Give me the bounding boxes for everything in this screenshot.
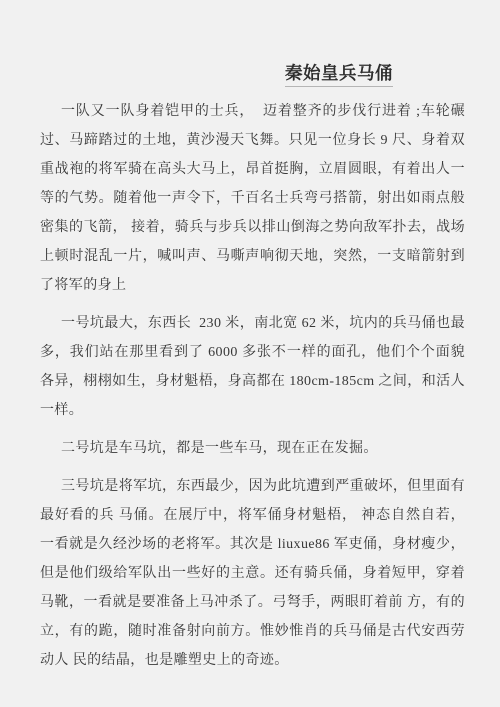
document-title: 秦始皇兵马俑: [285, 62, 393, 87]
document-body: 一队又一队身着铠甲的士兵， 迈着整齐的步伐行进着 ;车轮碾过、马蹄踏过的土地，黄…: [0, 88, 500, 675]
title-row: 秦始皇兵马俑: [0, 0, 500, 88]
paragraph-pit-two: 二号坑是车马坑，都是一些车马，现在正在发掘。: [40, 434, 465, 463]
paragraph-pit-three: 三号坑是将军坑，东西最少，因为此坑遭到严重破坏，但里面有最好看的兵 马俑。在展厅…: [40, 472, 465, 675]
paragraph-pit-one: 一号坑最大，东西长 230 米，南北宽 62 米，坑内的兵马俑也最多，我们站在那…: [40, 309, 465, 425]
paragraph-intro-battle-scene: 一队又一队身着铠甲的士兵， 迈着整齐的步伐行进着 ;车轮碾过、马蹄踏过的土地，黄…: [40, 97, 465, 300]
document-page: 秦始皇兵马俑 一队又一队身着铠甲的士兵， 迈着整齐的步伐行进着 ;车轮碾过、马蹄…: [0, 0, 500, 707]
